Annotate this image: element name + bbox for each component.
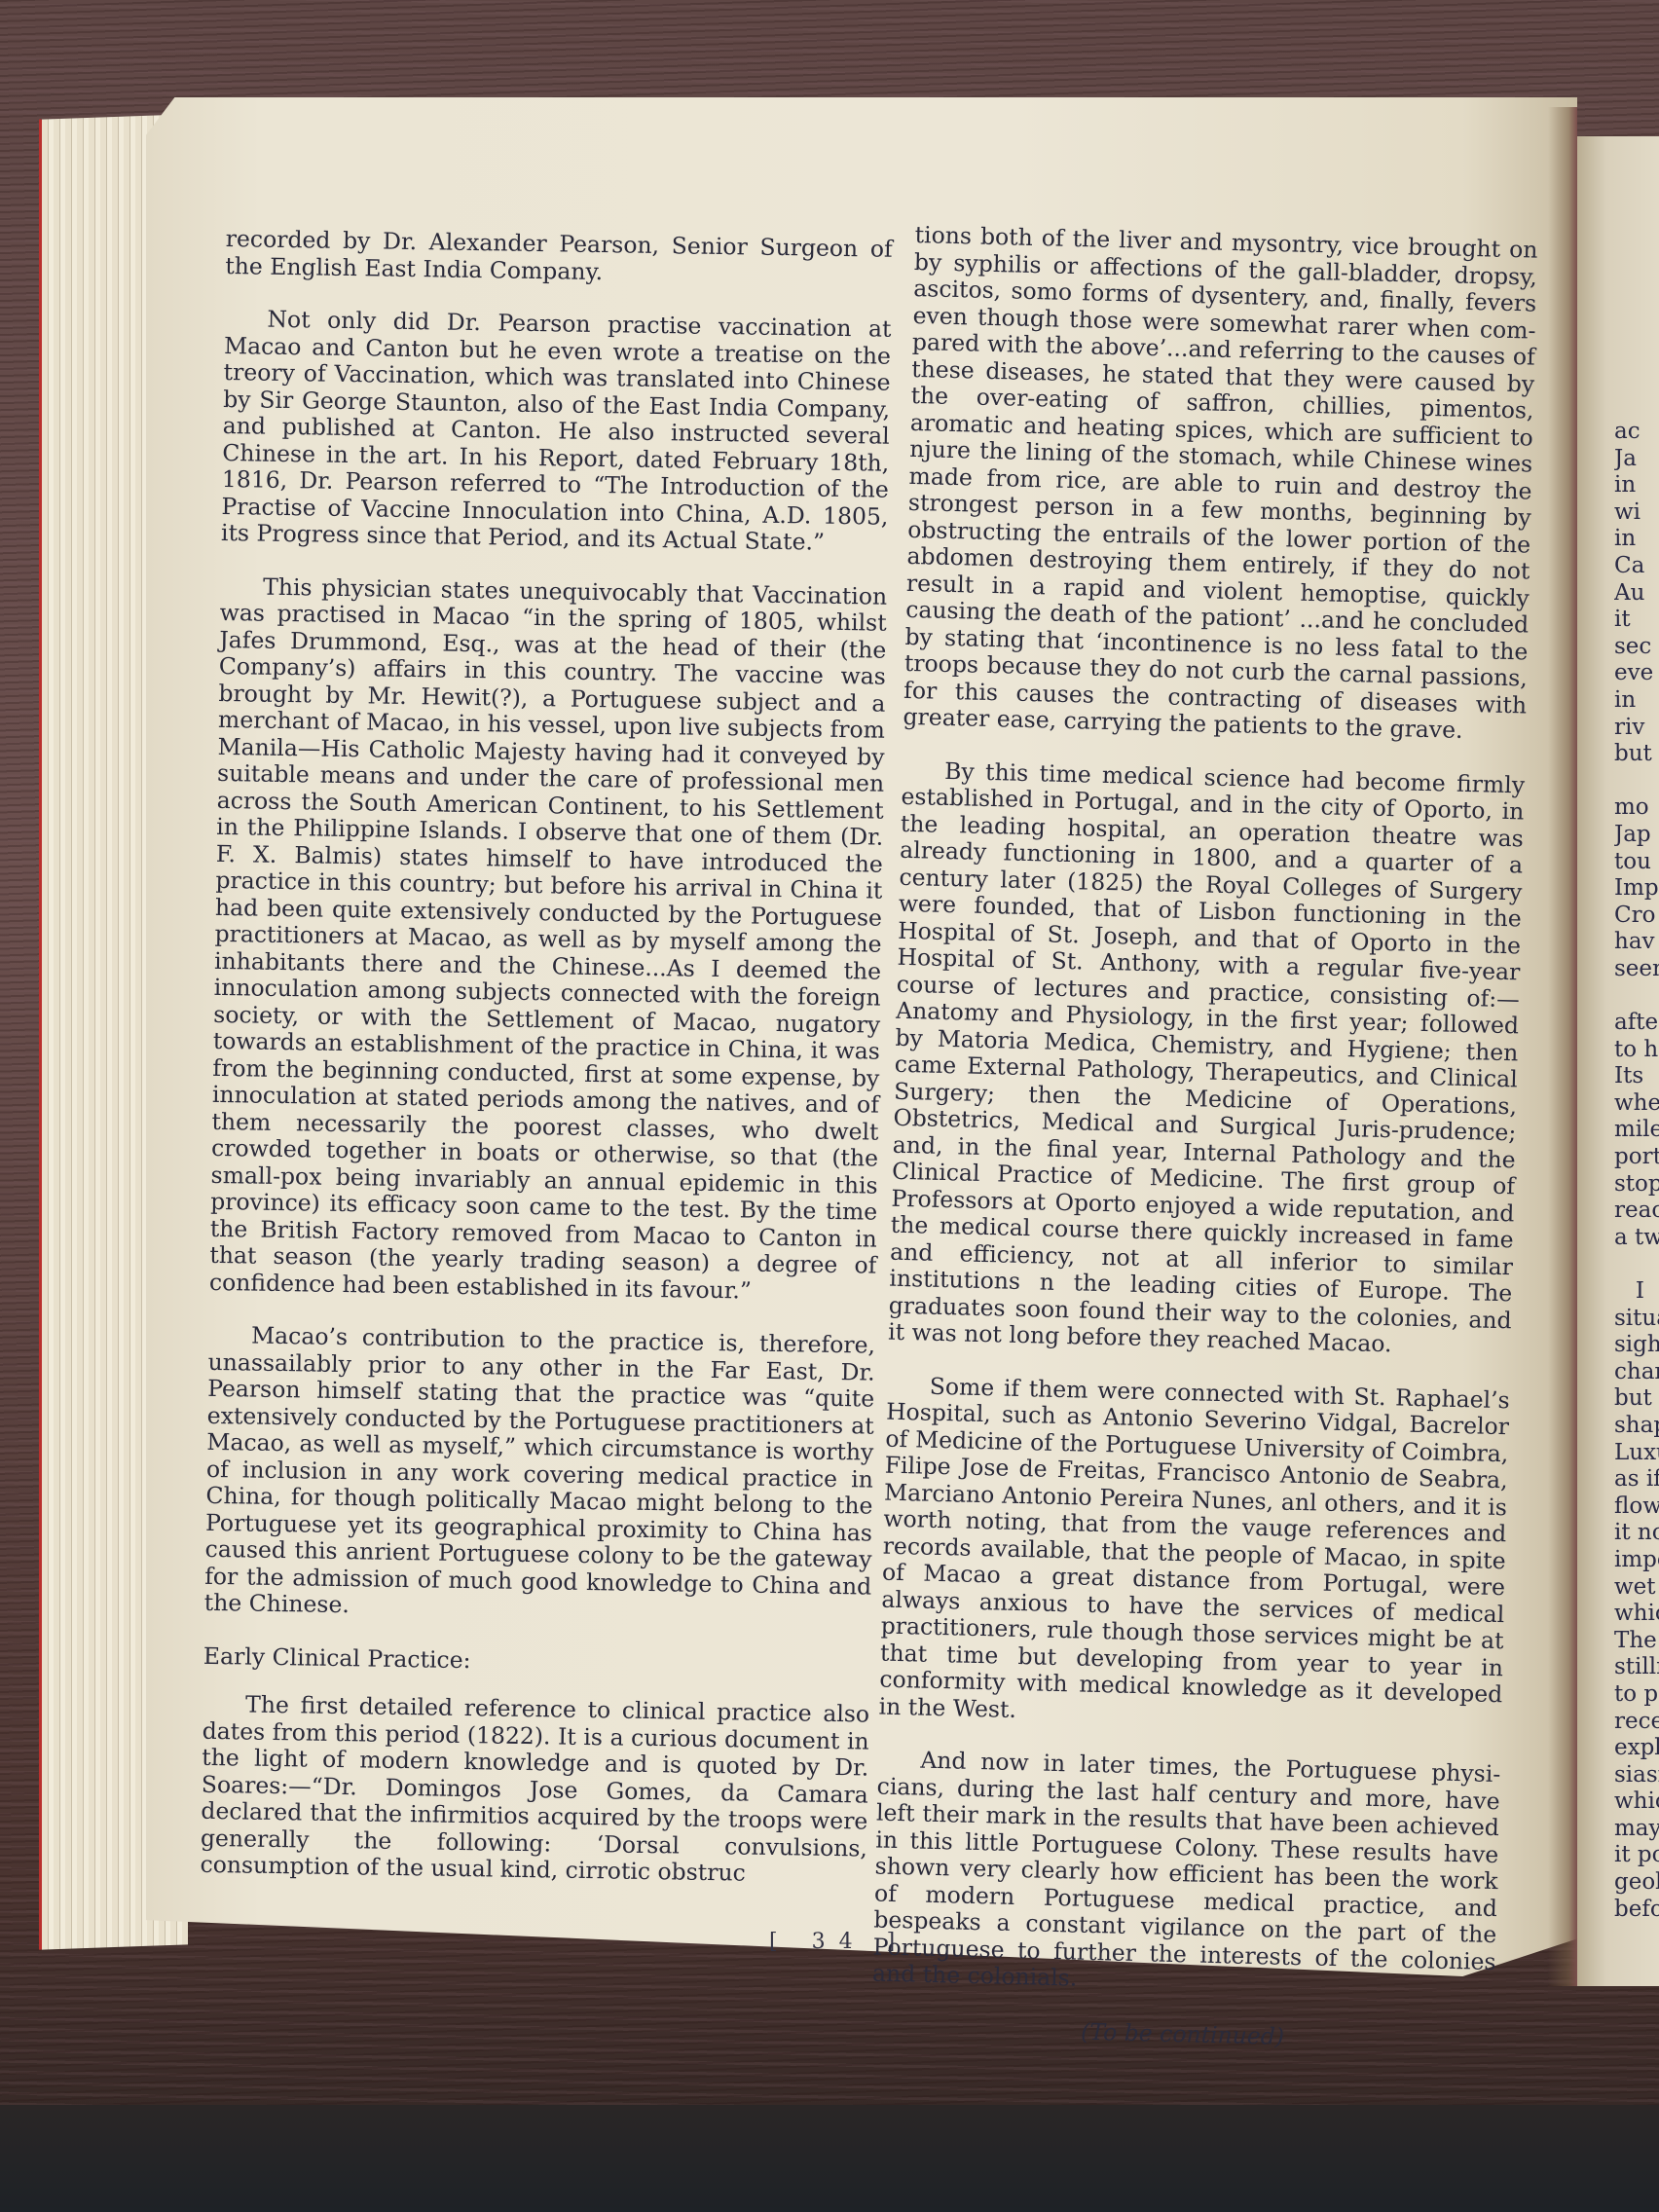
left-text-column: recorded by Dr. Alexander Pearson, Senio… — [200, 226, 893, 1915]
paragraph: recorded by Dr. Alexander Pearson, Senio… — [225, 226, 893, 290]
paragraph: tions both of the liver and mysontry, vi… — [903, 222, 1538, 746]
book-gutter — [1548, 107, 1577, 1986]
floor-background — [0, 2105, 1659, 2212]
to-be-continued-note: (To be continued) — [870, 2013, 1493, 2055]
right-text-column: tions both of the liver and mysontry, vi… — [870, 222, 1538, 2079]
paragraph: The first detailed reference to clinical… — [200, 1691, 869, 1889]
page-number: [ 34 ] — [769, 1930, 908, 1954]
section-heading: Early Clinical Practice: — [203, 1642, 870, 1679]
paragraph: Macao’s contribution to the practice is,… — [204, 1322, 876, 1627]
paragraph: By this time medical science had become … — [888, 756, 1526, 1360]
paragraph: And now in later times, the Portuguese p… — [872, 1747, 1501, 2003]
facing-page-text-fragment: ac Ja in wi in Ca Au it sec eve in riv b… — [1614, 419, 1659, 1923]
paragraph: This physician states unequivocably that… — [209, 572, 888, 1306]
paragraph: Some if them were connected with St. Rap… — [878, 1372, 1510, 1735]
paragraph: Not only did Dr. Pearson practise vaccin… — [221, 306, 892, 557]
